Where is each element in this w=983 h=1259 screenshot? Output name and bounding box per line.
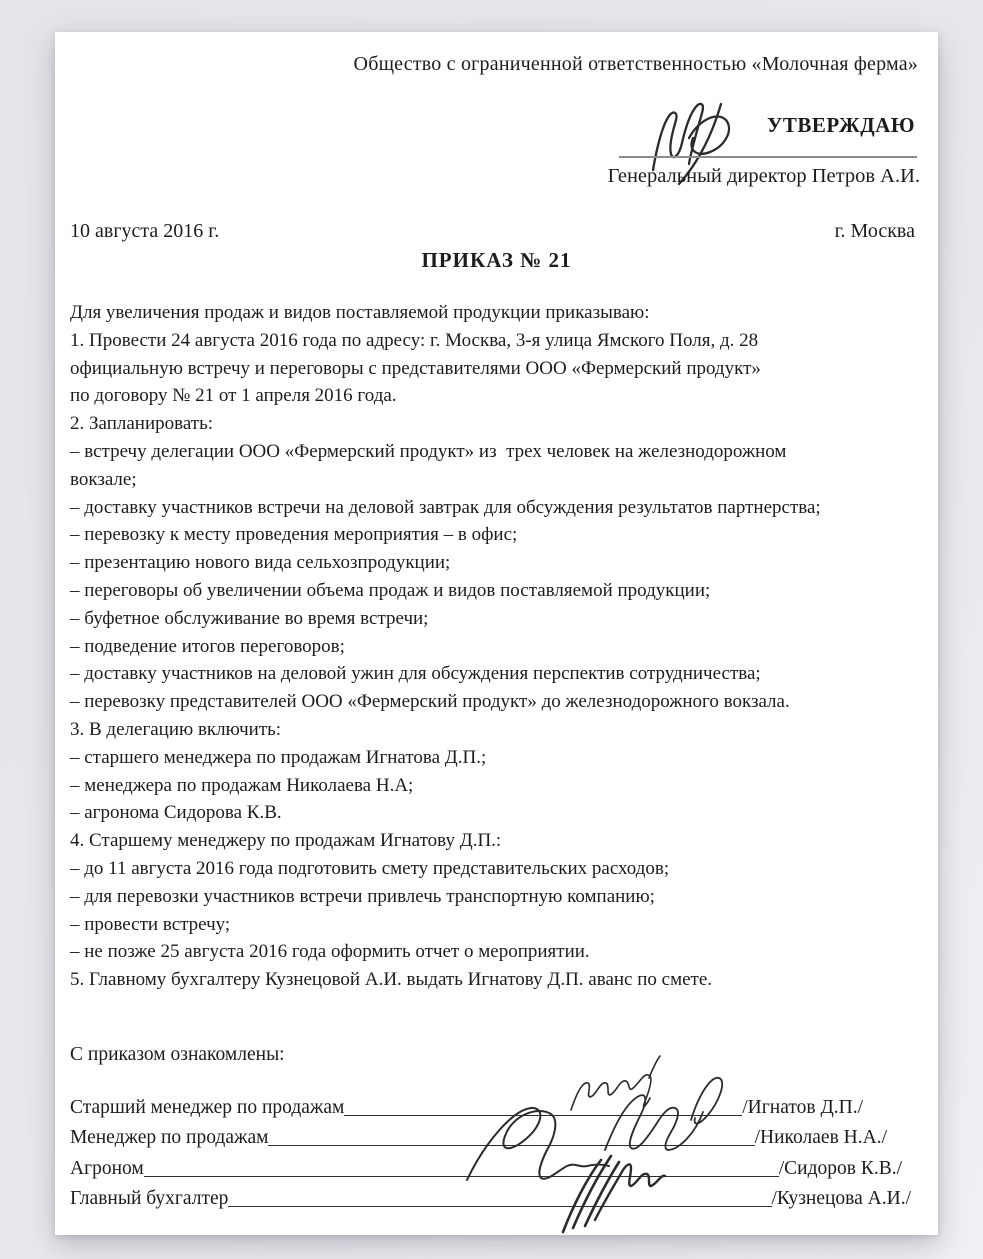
signer-position: Менеджер по продажам [70, 1127, 268, 1149]
acknowledgement-heading: С приказом ознакомлены: [70, 1044, 285, 1066]
order-date: 10 августа 2016 г. [70, 220, 219, 243]
signer-position: Агроном [70, 1158, 144, 1180]
order-text-line: Для увеличения продаж и видов поставляем… [70, 299, 915, 327]
signature-row: Главный бухгалтер/Кузнецова А.И./ [70, 1180, 911, 1211]
order-text-line: – переговоры об увеличении объема продаж… [70, 577, 915, 605]
signers-block: Старший менеджер по продажам/Игнатов Д.П… [70, 1088, 915, 1210]
signer-name: /Кузнецова А.И./ [772, 1188, 912, 1210]
order-text-line: официальную встречу и переговоры с предс… [70, 355, 915, 383]
order-text-line: 3. В делегацию включить: [70, 716, 915, 744]
order-text-line: 4. Старшему менеджеру по продажам Игнато… [70, 827, 915, 855]
order-text-line: – не позже 25 августа 2016 года оформить… [70, 938, 915, 966]
signature-row: Старший менеджер по продажам/Игнатов Д.П… [70, 1088, 863, 1119]
approve-signature-line [619, 156, 917, 158]
signature-line [268, 1145, 754, 1146]
order-text-line: – агронома Сидорова К.В. [70, 799, 915, 827]
signature-line [344, 1115, 742, 1116]
signer-position: Старший менеджер по продажам [70, 1097, 344, 1119]
order-text-line: – для перевозки участников встречи привл… [70, 883, 915, 911]
order-body: Для увеличения продаж и видов поставляем… [70, 299, 915, 994]
order-text-line: – буфетное обслуживание во время встречи… [70, 605, 915, 633]
order-text-line: – доставку участников на деловой ужин дл… [70, 660, 915, 688]
order-text-line: – доставку участников встречи на деловой… [70, 494, 915, 522]
order-text-line: – перевозку к месту проведения мероприят… [70, 521, 915, 549]
approve-label: УТВЕРЖДАЮ [767, 113, 915, 138]
signature-line [144, 1176, 779, 1177]
order-text-line: вокзале; [70, 466, 915, 494]
company-name: Общество с ограниченной ответственностью… [55, 53, 918, 76]
signature-line [228, 1206, 771, 1207]
signer-name: /Сидоров К.В./ [779, 1158, 902, 1180]
order-title: ПРИКАЗ № 21 [55, 248, 938, 273]
signer-position: Главный бухгалтер [70, 1188, 228, 1210]
order-text-line: по договору № 21 от 1 апреля 2016 года. [70, 382, 915, 410]
signature-row: Менеджер по продажам/Николаев Н.А./ [70, 1119, 887, 1150]
order-text-line: 2. Запланировать: [70, 410, 915, 438]
date-city-row: 10 августа 2016 г. г. Москва [70, 220, 915, 243]
order-text-line: – перевозку представителей ООО «Фермерск… [70, 688, 915, 716]
order-text-line: – менеджера по продажам Николаева Н.А; [70, 772, 915, 800]
order-text-line: – встречу делегации ООО «Фермерский прод… [70, 438, 915, 466]
order-text-line: – до 11 августа 2016 года подготовить см… [70, 855, 915, 883]
signature-row: Агроном/Сидоров К.В./ [70, 1149, 902, 1180]
order-text-line: – презентацию нового вида сельхозпродукц… [70, 549, 915, 577]
order-text-line: 1. Провести 24 августа 2016 года по адре… [70, 327, 915, 355]
order-text-line: – старшего менеджера по продажам Игнатов… [70, 744, 915, 772]
order-text-line: 5. Главному бухгалтеру Кузнецовой А.И. в… [70, 966, 915, 994]
order-text-line: – подведение итогов переговоров; [70, 633, 915, 661]
signer-name: /Николаев Н.А./ [755, 1127, 887, 1149]
signer-name: /Игнатов Д.П./ [742, 1097, 863, 1119]
order-city: г. Москва [835, 220, 915, 243]
document-page: Общество с ограниченной ответственностью… [55, 32, 938, 1235]
order-text-line: – провести встречу; [70, 911, 915, 939]
director-title-name: Генеральный директор Петров А.И. [608, 165, 920, 188]
screenshot-root: { "colors": { "background": "#e8e8ed", "… [0, 0, 983, 1259]
